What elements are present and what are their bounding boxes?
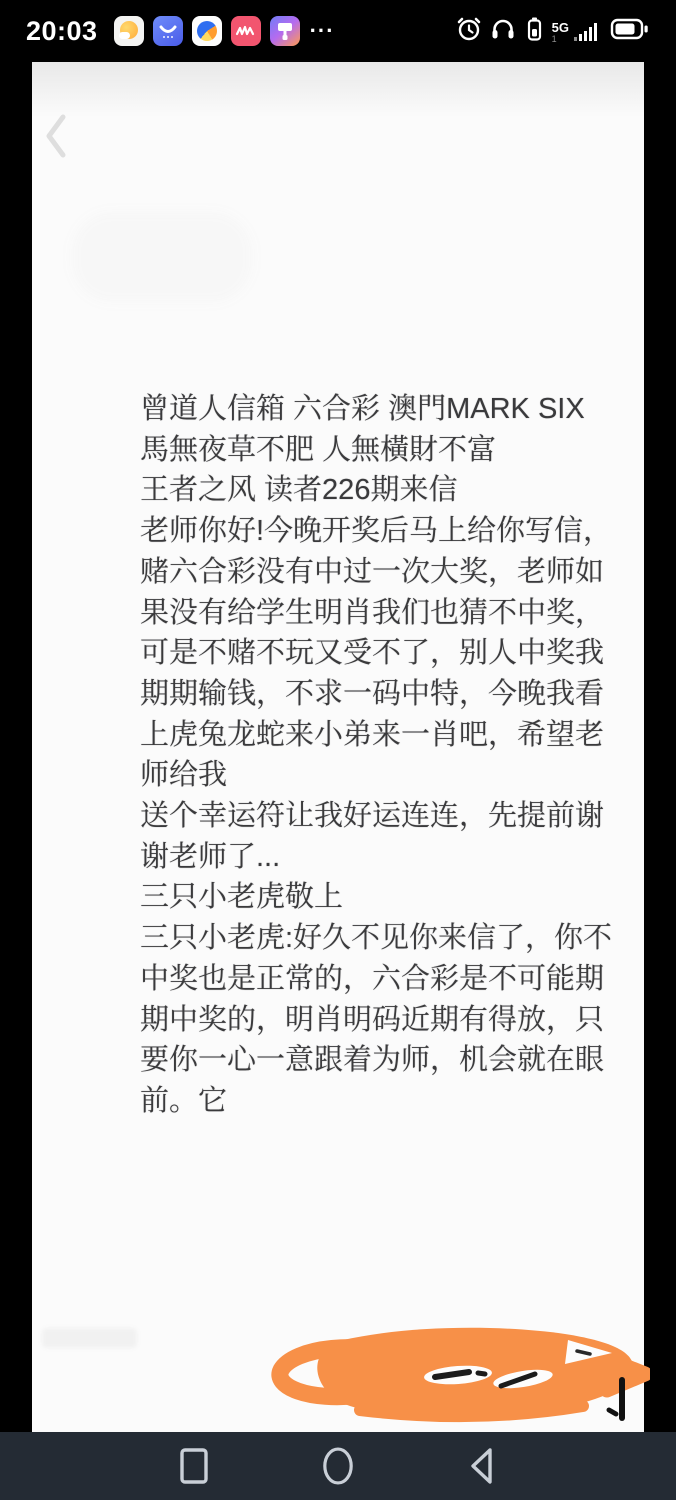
letter-line: 老师你好!今晚开奖后马上给你写信，	[140, 511, 612, 552]
letter-line: 期中奖的，明肖明码近期有得放，只	[140, 1000, 612, 1041]
browser-app-icon	[192, 16, 222, 46]
letter-photo[interactable]: 曾道人信箱 六合彩 澳門MARK SIX 馬無夜草不肥 人無橫財不富 王者之风 …	[32, 62, 644, 1432]
letter-line: 赌六合彩没有中过一次大奖，老师如	[140, 552, 612, 593]
letter-line: 三只小老虎敬上	[140, 877, 612, 918]
battery-icon	[610, 17, 650, 46]
letter-line: 期期输钱，不求一码中特，今晚我看	[140, 674, 612, 715]
letter-text: 曾道人信箱 六合彩 澳門MARK SIX 馬無夜草不肥 人無橫財不富 王者之风 …	[140, 389, 612, 1122]
letter-line: 中奖也是正常的，六合彩是不可能期	[140, 959, 612, 1000]
social-app-icon	[231, 16, 261, 46]
more-notifications-indicator: ···	[310, 16, 335, 46]
shopping-app-icon	[153, 16, 183, 46]
alarm-icon	[456, 16, 482, 47]
letter-line: 要你一心一意跟着为师，机会就在眼	[140, 1040, 612, 1081]
signal-bars-icon: 5G 1	[552, 18, 602, 44]
photo-smudge	[42, 1328, 137, 1348]
letter-line: 果没有给学生明肖我们也猜不中奖，	[140, 593, 612, 634]
back-chevron-icon[interactable]	[42, 112, 70, 165]
letter-line: 馬無夜草不肥 人無橫財不富	[140, 430, 612, 471]
battery-small-icon	[524, 15, 544, 48]
navigation-bar	[0, 1432, 676, 1500]
letter-line: 谢老师了...	[140, 837, 612, 878]
letter-line: 曾道人信箱 六合彩 澳門MARK SIX	[140, 389, 612, 430]
weather-app-icon	[114, 16, 144, 46]
back-button[interactable]	[466, 1446, 498, 1486]
letter-line: 前。它	[140, 1081, 612, 1122]
letter-line: 可是不赌不玩又受不了，别人中奖我	[140, 633, 612, 674]
sim2-signal-indicator: 1	[552, 35, 557, 44]
headphones-icon	[490, 16, 516, 47]
letter-line: 王者之风 读者226期来信	[140, 470, 612, 511]
letter-line: 送个幸运符让我好运连连，先提前谢	[140, 796, 612, 837]
photo-smudge	[72, 212, 252, 302]
letter-line: 师给我	[140, 755, 612, 796]
letter-line: 三只小老虎:好久不见你来信了，你不	[140, 918, 612, 959]
letter-line: 上虎兔龙蛇来小弟来一肖吧，希望老	[140, 715, 612, 756]
clock-time: 20:03	[26, 16, 98, 47]
photo-top-shade	[32, 62, 644, 117]
theme-store-app-icon	[270, 16, 300, 46]
home-button[interactable]	[322, 1446, 354, 1486]
notification-icons	[114, 16, 300, 46]
status-icons: 5G 1	[456, 15, 650, 48]
phone-screen: 20:03 ···	[0, 0, 676, 1500]
recents-button[interactable]	[178, 1446, 210, 1486]
network-type-label: 5G	[552, 21, 569, 34]
orange-marker-scribble	[265, 1322, 650, 1429]
status-bar: 20:03 ···	[0, 0, 676, 62]
